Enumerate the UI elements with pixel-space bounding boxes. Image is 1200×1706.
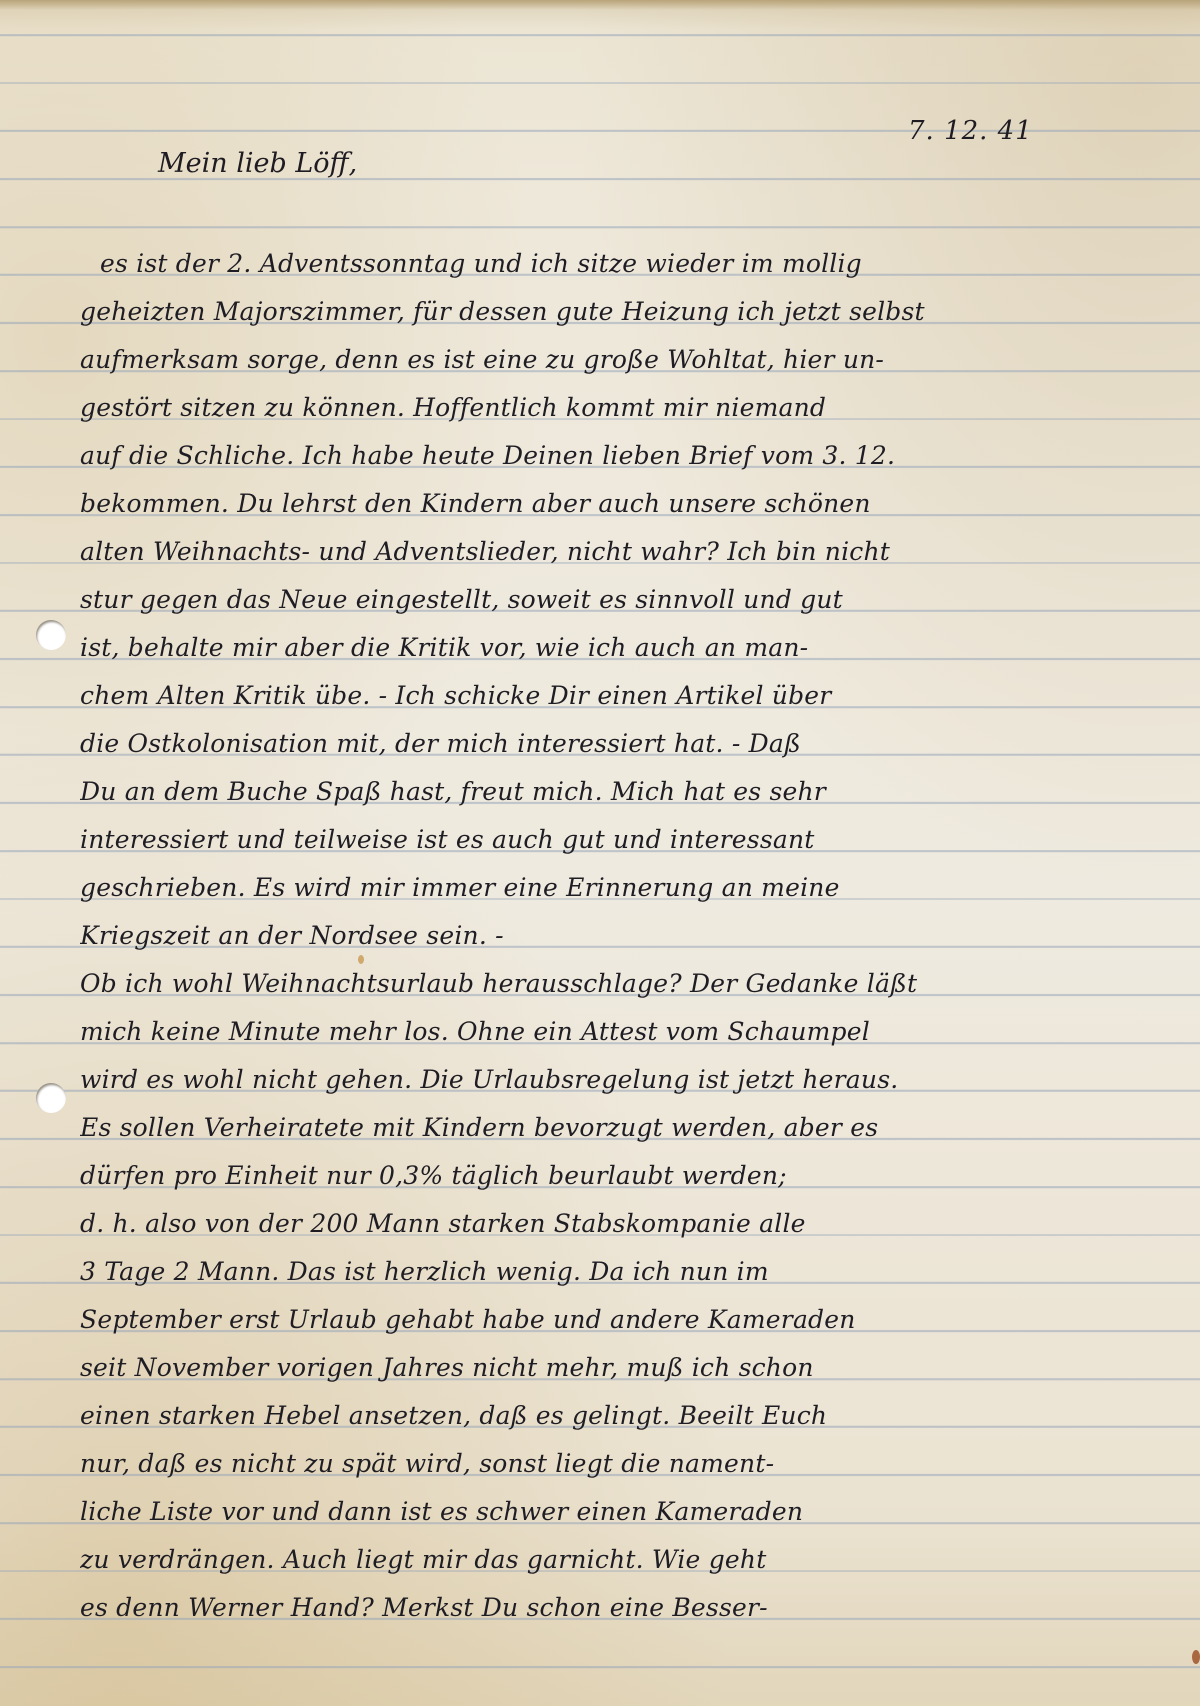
body-line: liche Liste vor und dann ist es schwer e…: [80, 1488, 1140, 1536]
letter-page: 7. 12. 41 Mein lieb Löff, es ist der 2. …: [0, 0, 1200, 1706]
body-line: geheizten Majorszimmer, für dessen gute …: [80, 288, 1140, 336]
body-line: einen starken Hebel ansetzen, daß es gel…: [80, 1392, 1140, 1440]
body-line: aufmerksam sorge, denn es ist eine zu gr…: [80, 336, 1140, 384]
letter-body: es ist der 2. Adventssonntag und ich sit…: [80, 240, 1140, 1632]
body-line: die Ostkolonisation mit, der mich intere…: [80, 720, 1140, 768]
body-line: seit November vorigen Jahres nicht mehr,…: [80, 1344, 1140, 1392]
body-line: es ist der 2. Adventssonntag und ich sit…: [80, 240, 1140, 288]
body-line: mich keine Minute mehr los. Ohne ein Att…: [80, 1008, 1140, 1056]
body-line: zu verdrängen. Auch liegt mir das garnic…: [80, 1536, 1140, 1584]
body-line: wird es wohl nicht gehen. Die Urlaubsreg…: [80, 1056, 1140, 1104]
body-line: Ob ich wohl Weihnachtsurlaub herausschla…: [80, 960, 1140, 1008]
body-line: Du an dem Buche Spaß hast, freut mich. M…: [80, 768, 1140, 816]
body-line: Es sollen Verheiratete mit Kindern bevor…: [80, 1104, 1140, 1152]
body-line: alten Weihnachts- und Adventslieder, nic…: [80, 528, 1140, 576]
body-line: geschrieben. Es wird mir immer eine Erin…: [80, 864, 1140, 912]
body-line: gestört sitzen zu können. Hoffentlich ko…: [80, 384, 1140, 432]
letter-date: 7. 12. 41: [908, 116, 1033, 146]
body-line: nur, daß es nicht zu spät wird, sonst li…: [80, 1440, 1140, 1488]
letter-salutation: Mein lieb Löff,: [158, 148, 357, 179]
body-line: es denn Werner Hand? Merkst Du schon ein…: [80, 1584, 1140, 1632]
rust-stain: [1192, 1650, 1200, 1664]
body-line: auf die Schliche. Ich habe heute Deinen …: [80, 432, 1140, 480]
body-line: dürfen pro Einheit nur 0,3% täglich beur…: [80, 1152, 1140, 1200]
punch-hole-lower: [36, 1083, 66, 1113]
body-line: d. h. also von der 200 Mann starken Stab…: [80, 1200, 1140, 1248]
punch-hole-upper: [36, 620, 66, 650]
body-line: stur gegen das Neue eingestellt, soweit …: [80, 576, 1140, 624]
body-line: Kriegszeit an der Nordsee sein. -: [80, 912, 1140, 960]
body-line: bekommen. Du lehrst den Kindern aber auc…: [80, 480, 1140, 528]
body-line: ist, behalte mir aber die Kritik vor, wi…: [80, 624, 1140, 672]
body-line: interessiert und teilweise ist es auch g…: [80, 816, 1140, 864]
body-line: 3 Tage 2 Mann. Das ist herzlich wenig. D…: [80, 1248, 1140, 1296]
body-line: September erst Urlaub gehabt habe und an…: [80, 1296, 1140, 1344]
body-line: chem Alten Kritik übe. - Ich schicke Dir…: [80, 672, 1140, 720]
